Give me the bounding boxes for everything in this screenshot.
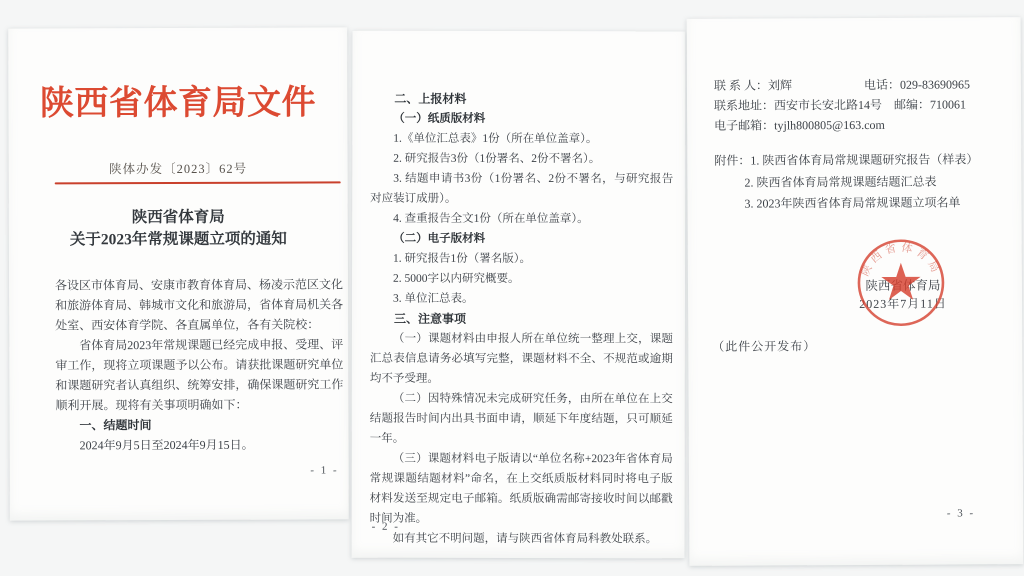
scanned-document-canvas: 陕西省体育局文件 陕体办发〔2023〕62号 陕西省体育局 关于2023年常规课… bbox=[0, 0, 1024, 576]
contact-address: 联系地址：西安市长安北路14号 bbox=[714, 95, 894, 116]
notice-title-line2: 关于2023年常规课题立项的通知 bbox=[9, 229, 348, 250]
attachment-line: 3. 2023年陕西省体育局常规课题立项名单 bbox=[714, 192, 1009, 215]
attachment-line: 2. 陕西省体育局常规课题结题汇总表 bbox=[714, 171, 1009, 194]
contact-row-person: 联 系 人：刘辉 电话：029-83690965 bbox=[714, 74, 999, 95]
official-seal: 陕西省体育局 bbox=[845, 226, 958, 339]
attachments-label: 附件： bbox=[714, 154, 750, 168]
postcode-label: 邮编： bbox=[894, 98, 930, 112]
section1-text: 2024年9月5日至2024年9月15日。 bbox=[56, 434, 344, 455]
address-value: 西安市长安北路14号 bbox=[774, 98, 882, 113]
page2-number: - 2 - bbox=[372, 521, 400, 533]
closing-paragraph: 如有其它不明问题，请与陕西省体育局科教处联系。 bbox=[370, 529, 673, 550]
page3-number: - 3 - bbox=[947, 507, 975, 519]
email-label: 电子邮箱： bbox=[714, 118, 774, 132]
postcode-value: 710061 bbox=[930, 97, 966, 111]
contact-block: 联 系 人：刘辉 电话：029-83690965 联系地址：西安市长安北路14号… bbox=[714, 74, 999, 135]
paper-materials-heading: （一）纸质版材料 bbox=[370, 109, 673, 130]
page-1: 陕西省体育局文件 陕体办发〔2023〕62号 陕西省体育局 关于2023年常规课… bbox=[8, 27, 349, 520]
section2-heading: 二、上报材料 bbox=[370, 89, 673, 110]
section1-heading: 一、结题时间 bbox=[55, 414, 343, 435]
attachment-line: 附件：1. 陕西省体育局常规课题研究报告（样表） bbox=[714, 149, 1009, 172]
paper-item: 2. 研究报告3份（1份署名、2份不署名）。 bbox=[370, 149, 673, 170]
page2-body: 二、上报材料 （一）纸质版材料 1.《单位汇总表》1份（所在单位盖章）。 2. … bbox=[370, 89, 674, 550]
recipients-paragraph: 各设区市体育局、安康市教育体育局、杨凌示范区文化和旅游体育局、韩城市文化和旅游局… bbox=[55, 274, 343, 335]
page-2: 二、上报材料 （一）纸质版材料 1.《单位汇总表》1份（所在单位盖章）。 2. … bbox=[352, 31, 686, 559]
page1-body: 各设区市体育局、安康市教育体育局、杨凌示范区文化和旅游体育局、韩城市文化和旅游局… bbox=[55, 274, 344, 455]
notice-title-line1: 陕西省体育局 bbox=[9, 207, 348, 228]
phone-value: 029-83690965 bbox=[900, 77, 970, 91]
star-icon bbox=[881, 263, 920, 300]
contact-postcode: 邮编：710061 bbox=[894, 94, 966, 114]
page1-number: - 1 - bbox=[310, 464, 338, 476]
public-release-note: （此件公开发布） bbox=[712, 337, 816, 355]
attachments-block: 附件：1. 陕西省体育局常规课题研究报告（样表） 2. 陕西省体育局常规课题结题… bbox=[714, 149, 1009, 215]
paper-item: 4. 查重报告全文1份（所在单位盖章）。 bbox=[370, 209, 673, 230]
contact-name: 刘辉 bbox=[768, 78, 792, 92]
page-3: 联 系 人：刘辉 电话：029-83690965 联系地址：西安市长安北路14号… bbox=[687, 17, 1024, 566]
attachment-item: 1. 陕西省体育局常规课题研究报告（样表） bbox=[750, 152, 978, 167]
paper-item: 1.《单位汇总表》1份（所在单位盖章）。 bbox=[370, 129, 673, 150]
note-paragraph: （三）课题材料电子版请以“单位名称+2023年省体育局常规课题结题材料”命名，在… bbox=[370, 449, 673, 530]
document-header-title: 陕西省体育局文件 bbox=[8, 83, 347, 125]
digital-item: 3. 单位汇总表。 bbox=[370, 289, 673, 310]
digital-item: 2. 5000字以内研究概要。 bbox=[370, 269, 673, 290]
contact-email: 电子邮箱：tyjlh800805@163.com bbox=[714, 115, 885, 136]
contact-row-email: 电子邮箱：tyjlh800805@163.com bbox=[714, 114, 999, 135]
digital-item: 1. 研究报告1份（署名版）。 bbox=[370, 249, 673, 270]
intro-paragraph: 省体育局2023年常规课题已经完成申报、受理、评审工作，现将立项课题予以公布。请… bbox=[55, 334, 343, 415]
document-number: 陕体办发〔2023〕62号 bbox=[9, 158, 348, 177]
contact-person: 联 系 人：刘辉 bbox=[714, 75, 864, 96]
paper-item: 3. 结题申请书3份（1份署名、2份不署名，与研究报告对应装订成册）。 bbox=[370, 169, 673, 210]
contact-row-address: 联系地址：西安市长安北路14号 邮编：710061 bbox=[714, 94, 999, 115]
contact-phone: 电话：029-83690965 bbox=[864, 74, 970, 95]
red-divider-rule bbox=[55, 181, 341, 184]
address-label: 联系地址： bbox=[714, 98, 774, 112]
section3-heading: 三、注意事项 bbox=[370, 309, 673, 330]
email-value: tyjlh800805@163.com bbox=[774, 118, 885, 133]
digital-materials-heading: （二）电子版材料 bbox=[370, 229, 673, 250]
note-paragraph: （一）课题材料由申报人所在单位统一整理上交，课题汇总表信息请务必填写完整，课题材… bbox=[370, 329, 673, 390]
note-paragraph: （二）因特殊情况未完成研究任务，由所在单位在上交结题报告时间内出具书面申请，顺延… bbox=[370, 389, 673, 450]
contact-label: 联 系 人： bbox=[714, 78, 768, 92]
phone-label: 电话： bbox=[864, 78, 900, 92]
